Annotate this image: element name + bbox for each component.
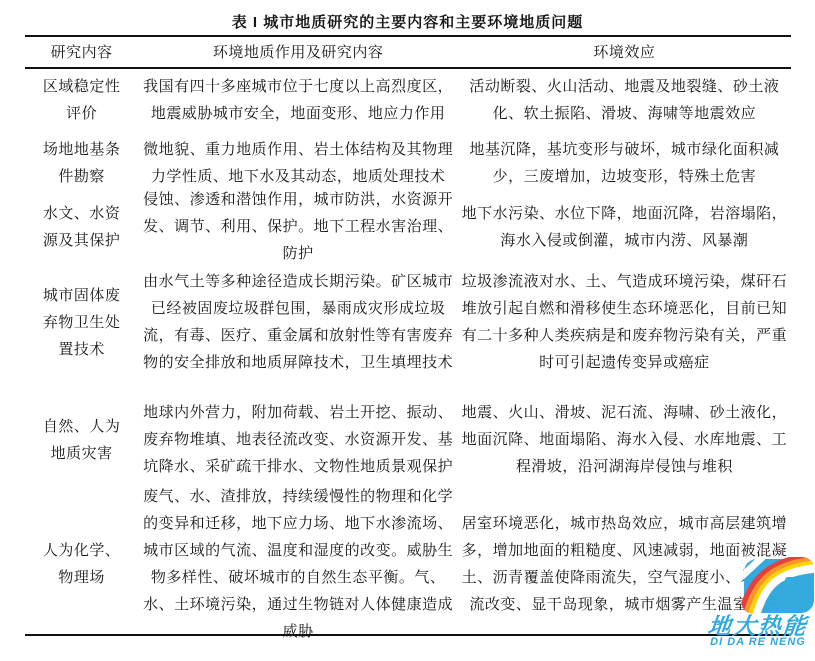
- table-row: 人为化学、物理场 废气、水、渣排放，持续缓慢性的物理和化学的变异和迁移，地下应力…: [25, 493, 791, 634]
- research-table: 研究内容 环境地质作用及研究内容 环境效应 区域稳定性评价 我国有四十多座城市位…: [25, 35, 791, 636]
- table-row: 自然、人为地质灾害 地球内外营力，附加荷载、岩土开挖、振动、废弃物堆填、地表径流…: [25, 386, 791, 493]
- topic-text: 城市固体废弃物卫生处置技术: [39, 282, 125, 363]
- topic-cell: 城市固体废弃物卫生处置技术: [25, 258, 138, 386]
- process-cell: 由水气土等多种途径造成长期污染。矿区城市已经被固废垃圾群包围，暴雨成灾形成垃圾流…: [138, 258, 457, 386]
- topic-text: 自然、人为地质灾害: [39, 413, 125, 467]
- topic-cell: 场地地基条件勘察: [25, 131, 138, 195]
- effects-cell: 地基沉降，基坑变形与破坏，城市绿化面积减少，三废增加，边坡变形，特殊土危害: [458, 131, 791, 195]
- column-header-topic: 研究内容: [25, 39, 138, 66]
- table-row: 水文、水资源及其保护 侵蚀、渗透和潜蚀作用，城市防洪，水资源开发、调节、利用、保…: [25, 195, 791, 258]
- topic-text: 水文、水资源及其保护: [39, 200, 125, 254]
- table-row: 区域稳定性评价 我国有四十多座城市位于七度以上高烈度区，地震威胁城市安全，地面变…: [25, 69, 791, 131]
- column-header-process: 环境地质作用及研究内容: [138, 39, 457, 66]
- process-cell: 地球内外营力，附加荷载、岩土开挖、振动、废弃物堆填、地表径流改变、水资源开发、基…: [138, 386, 457, 493]
- topic-text: 场地地基条件勘察: [39, 136, 125, 190]
- page-title: 表 I 城市地质研究的主要内容和主要环境地质问题: [0, 0, 815, 35]
- dida-reneng-logo-icon: [741, 557, 815, 614]
- effects-cell: 垃圾渗流液对水、土、气造成环境污染，煤矸石堆放引起自燃和滑移使生态环境恶化，目前…: [458, 258, 791, 386]
- topic-cell: 水文、水资源及其保护: [25, 195, 138, 258]
- topic-cell: 自然、人为地质灾害: [25, 386, 138, 493]
- topic-cell: 区域稳定性评价: [25, 69, 138, 131]
- effects-cell: 活动断裂、火山活动、地震及地裂缝、砂土液化、软土振陷、滑坡、海啸等地震效应: [458, 69, 791, 131]
- process-cell: 侵蚀、渗透和潜蚀作用，城市防洪，水资源开发、调节、利用、保护。地下工程水害治理、…: [138, 195, 457, 258]
- column-header-effects: 环境效应: [458, 39, 791, 66]
- process-cell: 我国有四十多座城市位于七度以上高烈度区，地震威胁城市安全，地面变形、地应力作用: [138, 69, 457, 131]
- table-row: 城市固体废弃物卫生处置技术 由水气土等多种途径造成长期污染。矿区城市已经被固废垃…: [25, 258, 791, 386]
- topic-text: 区域稳定性评价: [39, 73, 125, 127]
- topic-text: 人为化学、物理场: [39, 537, 125, 591]
- watermark-en-text: DI DA RE NENG: [701, 636, 815, 648]
- table-header-row: 研究内容 环境地质作用及研究内容 环境效应: [25, 37, 791, 67]
- effects-cell: 地下水污染、水位下降，地面沉降，岩溶塌陷，海水入侵或倒灌，城市内涝、风暴潮: [458, 195, 791, 258]
- effects-cell: 地震、火山、滑坡、泥石流、海啸、砂土液化，地面沉降、地面塌陷、海水入侵、水库地震…: [458, 386, 791, 493]
- topic-cell: 人为化学、物理场: [25, 493, 138, 634]
- process-cell: 废气、水、渣排放，持续缓慢性的物理和化学的变异和迁移，地下应力场、地下水渗流场、…: [138, 493, 457, 634]
